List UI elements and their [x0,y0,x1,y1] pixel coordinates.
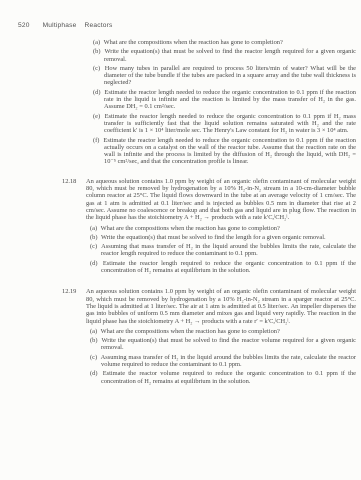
item-text: Assuming that mass transfer of H₂ in the… [101,243,356,257]
problem-number: 12.18 [62,178,86,277]
item-label: (e) [93,113,100,120]
item-label: (b) [90,234,97,241]
item-text: What are the compositions when the react… [101,225,280,232]
problem-body: An aqueous solution contains 1.0 ppm by … [86,178,356,277]
continued-problem-items: (a) What are the compositions when the r… [93,39,356,166]
problem-items: (a) What are the compositions when the r… [90,225,356,275]
item-label: (a) [90,225,97,232]
page-header: 520Multiphase Reactors [18,22,113,29]
list-item-c: (c) How many tubes in parallel are requi… [93,65,356,87]
item-text: Assuming mass transfer of H₂ in the liqu… [101,354,356,368]
item-text: Estimate the reactor length needed to re… [104,113,356,135]
page-number: 520 [18,22,30,29]
item-text: What are the compositions when the react… [104,39,283,46]
item-label: (d) [90,260,97,267]
page-content: (a) What are the compositions when the r… [0,39,361,387]
item-text: Estimate the reactor volume required to … [101,370,356,384]
item-text: Estimate the reactor length needed to re… [103,137,356,166]
item-label: (d) [90,370,97,377]
running-head: Multiphase Reactors [43,22,113,29]
book-page: 520Multiphase Reactors (a) What are the … [0,0,361,480]
list-item-e: (e) Estimate the reactor length needed t… [93,113,356,135]
item-text: What are the compositions when the react… [101,328,280,335]
item-label: (b) [93,48,100,55]
list-item-b: (b) Write the equation(s) that must be s… [90,337,356,352]
problem-intro: An aqueous solution contains 1.0 ppm by … [86,178,356,222]
problem-intro: An aqueous solution contains 1.0 ppm by … [86,288,356,324]
problem-items: (a) What are the compositions when the r… [90,328,356,385]
problem-12-19: 12.19 An aqueous solution contains 1.0 p… [62,288,356,387]
item-text: Estimate the reactor length needed to re… [104,89,356,111]
item-label: (c) [90,354,97,361]
item-label: (b) [90,337,97,344]
item-label: (c) [90,243,97,250]
list-item-a: (a) What are the compositions when the r… [90,328,356,335]
list-item-b: (b) Write the equation(s) that must be s… [93,48,356,63]
item-label: (a) [93,39,100,46]
list-item-d: (d) Estimate the reactor volume required… [90,370,356,385]
list-item-f: (f) Estimate the reactor length needed t… [93,137,356,166]
item-label: (f) [93,137,99,144]
list-item-d: (d) Estimate the reactor length required… [90,260,356,275]
item-text: Write the equation(s) that must be solve… [101,234,326,241]
problem-number: 12.19 [62,288,86,387]
item-label: (c) [93,65,100,72]
list-item-b: (b) Write the equation(s) that must be s… [90,234,356,241]
item-text: Write the equation(s) that must be solve… [101,337,356,351]
list-item-a: (a) What are the compositions when the r… [90,225,356,232]
list-item-c: (c) Assuming mass transfer of H₂ in the … [90,354,356,369]
list-item-a: (a) What are the compositions when the r… [93,39,356,46]
item-text: Write the equation(s) that must be solve… [104,48,356,62]
item-label: (d) [93,89,100,96]
item-text: How many tubes in parallel are required … [104,65,356,87]
list-item-c: (c) Assuming that mass transfer of H₂ in… [90,243,356,258]
item-label: (a) [90,328,97,335]
item-text: Estimate the reactor length required to … [101,260,356,274]
problem-12-18: 12.18 An aqueous solution contains 1.0 p… [62,178,356,277]
list-item-d: (d) Estimate the reactor length needed t… [93,89,356,111]
problem-body: An aqueous solution contains 1.0 ppm by … [86,288,356,387]
